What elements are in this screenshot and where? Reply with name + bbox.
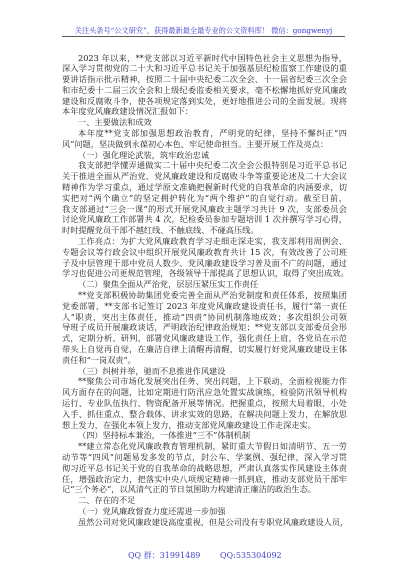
text-line: 时时提醒党员干部不越红线、不触底线、不碰高压线。 (62, 225, 347, 236)
body-paragraph: **党支部积极协助集团党委完善全面从严治党制度和责任体系，按照集团 党委部署，*… (62, 290, 347, 366)
text-line: 动节等“四风”问题易发多发的节点，封公车、学案例、强纪律，深入学习贯 (62, 452, 347, 463)
header-notice-text: 关注头条号“公文研究”，获得最新最全最专业的公文资料库！ 微信：gongweny… (62, 26, 345, 36)
subsection-heading: （三）纠树并举，驰而不息推进作风建设 (62, 366, 347, 377)
text-line: 专题会议等行政会议中组织开展党风廉政教育共计 15 次，有效改善了公司班 (62, 247, 347, 258)
qq-group-number: QQ 群：31991489 (128, 550, 200, 562)
text-line: 任，增强政治定力，把落实中央八项规定精神一抓到底，推动支部党员干部牢 (62, 474, 347, 485)
text-line: 记“三个务必”，以风清气正的节日氛围助力构建清正廉洁的政治生态。 (62, 484, 347, 495)
body-paragraph: **建立常态化党风廉政教育管理机制，紧盯重大节假日如清明节、五一劳 动节等“四风… (62, 441, 347, 495)
subsection-heading: （一）强化理论武装，筑牢政治忠诚 (62, 150, 347, 161)
text-line: **聚焦公司市场化发展突出任务、突出问题，上下联动，全面检视能力作 (62, 376, 347, 387)
document-body: 2023 年以来，**党支部以习近平新时代中国特色社会主义思想为指导， 深入学习… (62, 53, 347, 528)
text-line: 我支部把学懂弄通做实二十届中央纪委二次全会公报特别是习近平总书记 (62, 160, 347, 171)
text-line: **党支部积极协助集团党委完善全面从严治党制度和责任体系，按照集团 (62, 290, 347, 301)
text-line: 本年度党风廉政建设情况汇报如下： (62, 106, 347, 117)
heading-line: 二、存在的不足 (62, 495, 347, 506)
subsection-heading: （一）党风廉政督查力度还需进一步加强 (62, 506, 347, 517)
text-line: 工作亮点：为扩大党风廉政教育学习走细走深走实，我支部利用周例会、 (62, 236, 347, 247)
page-header: 关注头条号“公文研究”，获得最新最全最专业的公文资料库！ 微信：gongweny… (62, 26, 345, 37)
heading-line: （一）党风廉政督查力度还需进一步加强 (62, 506, 347, 517)
text-line: 实把对“两个确立”的坚定拥护转化为“两个维护”的自觉行动。截至目前， (62, 193, 347, 204)
text-line: 党委部署，**支部书记签订 2023 年度党风廉政建设责任书，履行“第一责任 (62, 301, 347, 312)
qq-number: QQ:535304092 (220, 550, 282, 562)
body-paragraph: 虽然公司对党风廉政建设高度重视，但是公司没有专职党风廉政建设人员， (62, 517, 347, 528)
text-line: 要讲话指示批示精神，按照二十届中央纪委二次全会、十一届省纪委三次全会 (62, 74, 347, 85)
subsection-heading: （四）坚持标本兼治，一体推进“三不”体制机制 (62, 430, 347, 441)
text-line: 我支部通过“三会一课”的形式开展党风廉政主题学习共计 9 次，支部委员会 (62, 204, 347, 215)
section-heading: 二、存在的不足 (62, 495, 347, 506)
text-line: 风”问题，坚决做到永葆初心本色、牢记使命担当。主要开展工作及亮点： (62, 139, 347, 150)
subsection-heading: （二）聚焦全面从严治党，层层压紧压实工作责任 (62, 279, 347, 290)
body-paragraph: **聚焦公司市场化发展突出任务、突出问题，上下联动，全面检视能力作 风方面存在的… (62, 376, 347, 430)
text-line: 导班子成员开展廉政谈话，严明政治纪律政治规矩；**党支部以支部委员会形 (62, 322, 347, 333)
text-line: 责任和“一岗双责”。 (62, 355, 347, 366)
text-line: 深入学习贯彻党的二十大和习近平总书记关于加强基层纪检监察工作建设的重 (62, 63, 347, 74)
body-paragraph: 工作亮点：为扩大党风廉政教育学习走细走深走实，我支部利用周例会、 专题会议等行政… (62, 236, 347, 279)
text-line: 精神作为学习重点，通过学原文准确把握新时代党的自我革命的内涵要求，切 (62, 182, 347, 193)
body-paragraph: 我支部把学懂弄通做实二十届中央纪委二次全会公报特别是习近平总书记 关于推进全面从… (62, 160, 347, 236)
text-line: 彻习近平总书记关于党的自我革命的战略思想，严肃认真落实作风建设主体责 (62, 463, 347, 474)
text-line: 想上发力，在强化本领上发力，推动支部党风廉政建设工作走深走实。 (62, 420, 347, 431)
text-line: 式，定期分析、研判、部署党风廉政建设工作，强化责任上肩，各党员在示范 (62, 333, 347, 344)
text-line: 建设和反腐败斗争，使各项规定落到实处，更好地推进公司的全面发展。现将 (62, 96, 347, 107)
text-line: 学习也促进公司更规范管理，各级领导干部提高了思想认识，取得了突出成效。 (62, 268, 347, 279)
text-line: 入手、抓住重点、整合载体、讲求实效的思路，在解决问题上发力，在解放思 (62, 409, 347, 420)
heading-line: （二）聚焦全面从严治党，层层压紧压实工作责任 (62, 279, 347, 290)
heading-line: （三）纠树并举，驰而不息推进作风建设 (62, 366, 347, 377)
heading-line: （四）坚持标本兼治，一体推进“三不”体制机制 (62, 430, 347, 441)
heading-line: （一）强化理论武装，筑牢政治忠诚 (62, 150, 347, 161)
text-line: 和市纪委十二届三次全会和上级纪委监委相关要求，毫不松懈地抓好党风廉政 (62, 85, 347, 96)
text-line: 风方面存在的问题，比如定期进行防汛应急处置实战演练，检验防汛领导机构 (62, 387, 347, 398)
heading-line: 一、主要做法和成效 (62, 117, 347, 128)
text-line: 带头上自觉再自觉，在廉洁自律上清醒再清醒，切实履行好党风廉政建设主体 (62, 344, 347, 355)
text-line: 运行、专业队伍执行、物资配备开展等情况。把握重点，按照大局着眼、小处 (62, 398, 347, 409)
text-line: 讨论党风廉政工作部署共 4 次，纪检委员参加专题培训 1 次并撰写学习心得， (62, 214, 347, 225)
text-line: **建立常态化党风廉政教育管理机制，紧盯重大节假日如清明节、五一劳 (62, 441, 347, 452)
text-line: 2023 年以来，**党支部以习近平新时代中国特色社会主义思想为指导， (62, 53, 347, 64)
body-paragraph: 本年度**党支部加强思想政治教育，严明党的纪律，坚持不懈纠正“四 风”问题，坚决… (62, 128, 347, 150)
text-line: 虽然公司对党风廉政建设高度重视，但是公司没有专职党风廉政建设人员， (62, 517, 347, 528)
page-footer: QQ 群：31991489 QQ:535304092 (0, 550, 408, 562)
text-line: 本年度**党支部加强思想政治教育，严明党的纪律，坚持不懈纠正“四 (62, 128, 347, 139)
text-line: 子及中层管理干部中党员人数少、党风廉政建设学习普及面不广的问题，通过 (62, 258, 347, 269)
section-heading: 一、主要做法和成效 (62, 117, 347, 128)
text-line: 人”职责，突出主体责任，推动“四责”协同机制落地成效；多次组织公司领 (62, 312, 347, 323)
text-line: 关于推进全面从严治党、党风廉政建设和反腐败斗争等重要论述及二十大会议 (62, 171, 347, 182)
intro-paragraph: 2023 年以来，**党支部以习近平新时代中国特色社会主义思想为指导， 深入学习… (62, 53, 347, 118)
